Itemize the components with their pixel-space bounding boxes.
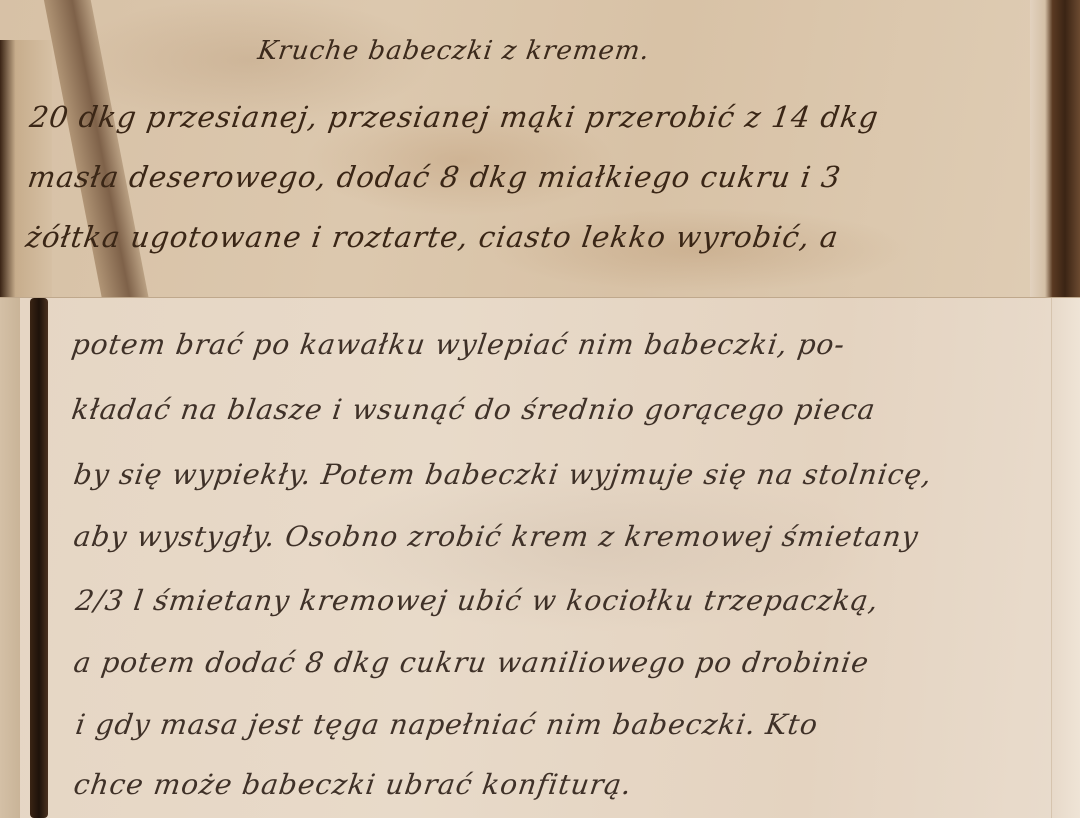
text-line: 20 dkg przesianej, przesianej mąki przer… xyxy=(28,100,881,134)
text-line: 2/3 l śmietany kremowej ubić w kociołku … xyxy=(74,584,881,617)
left-margin xyxy=(0,298,20,818)
top-page-photo: Kruche babeczki z kremem. 20 dkg przesia… xyxy=(0,0,1080,298)
text-line: kładać na blasze i wsunąć do średnio gor… xyxy=(70,393,878,426)
text-line: i gdy masa jest tęga napełniać nim babec… xyxy=(74,708,821,741)
bottom-page-photo: potem brać po kawałku wylepiać nim babec… xyxy=(0,298,1080,818)
book-spine xyxy=(30,298,48,818)
recipe-title: Kruche babeczki z kremem. xyxy=(256,36,652,66)
text-line: masła deserowego, dodać 8 dkg miałkiego … xyxy=(26,160,844,194)
torn-right-edge xyxy=(1030,0,1080,298)
text-line: by się wypiekły. Potem babeczki wyjmuje … xyxy=(72,458,935,491)
text-line: aby wystygły. Osobno zrobić krem z kremo… xyxy=(72,520,921,553)
text-line: chce może babeczki ubrać konfiturą. xyxy=(72,768,635,801)
text-line: a potem dodać 8 dkg cukru waniliowego po… xyxy=(72,646,872,679)
right-page-edge xyxy=(1051,298,1080,818)
text-line: żółtka ugotowane i roztarte, ciasto lekk… xyxy=(24,220,841,254)
text-line: potem brać po kawałku wylepiać nim babec… xyxy=(70,328,848,361)
